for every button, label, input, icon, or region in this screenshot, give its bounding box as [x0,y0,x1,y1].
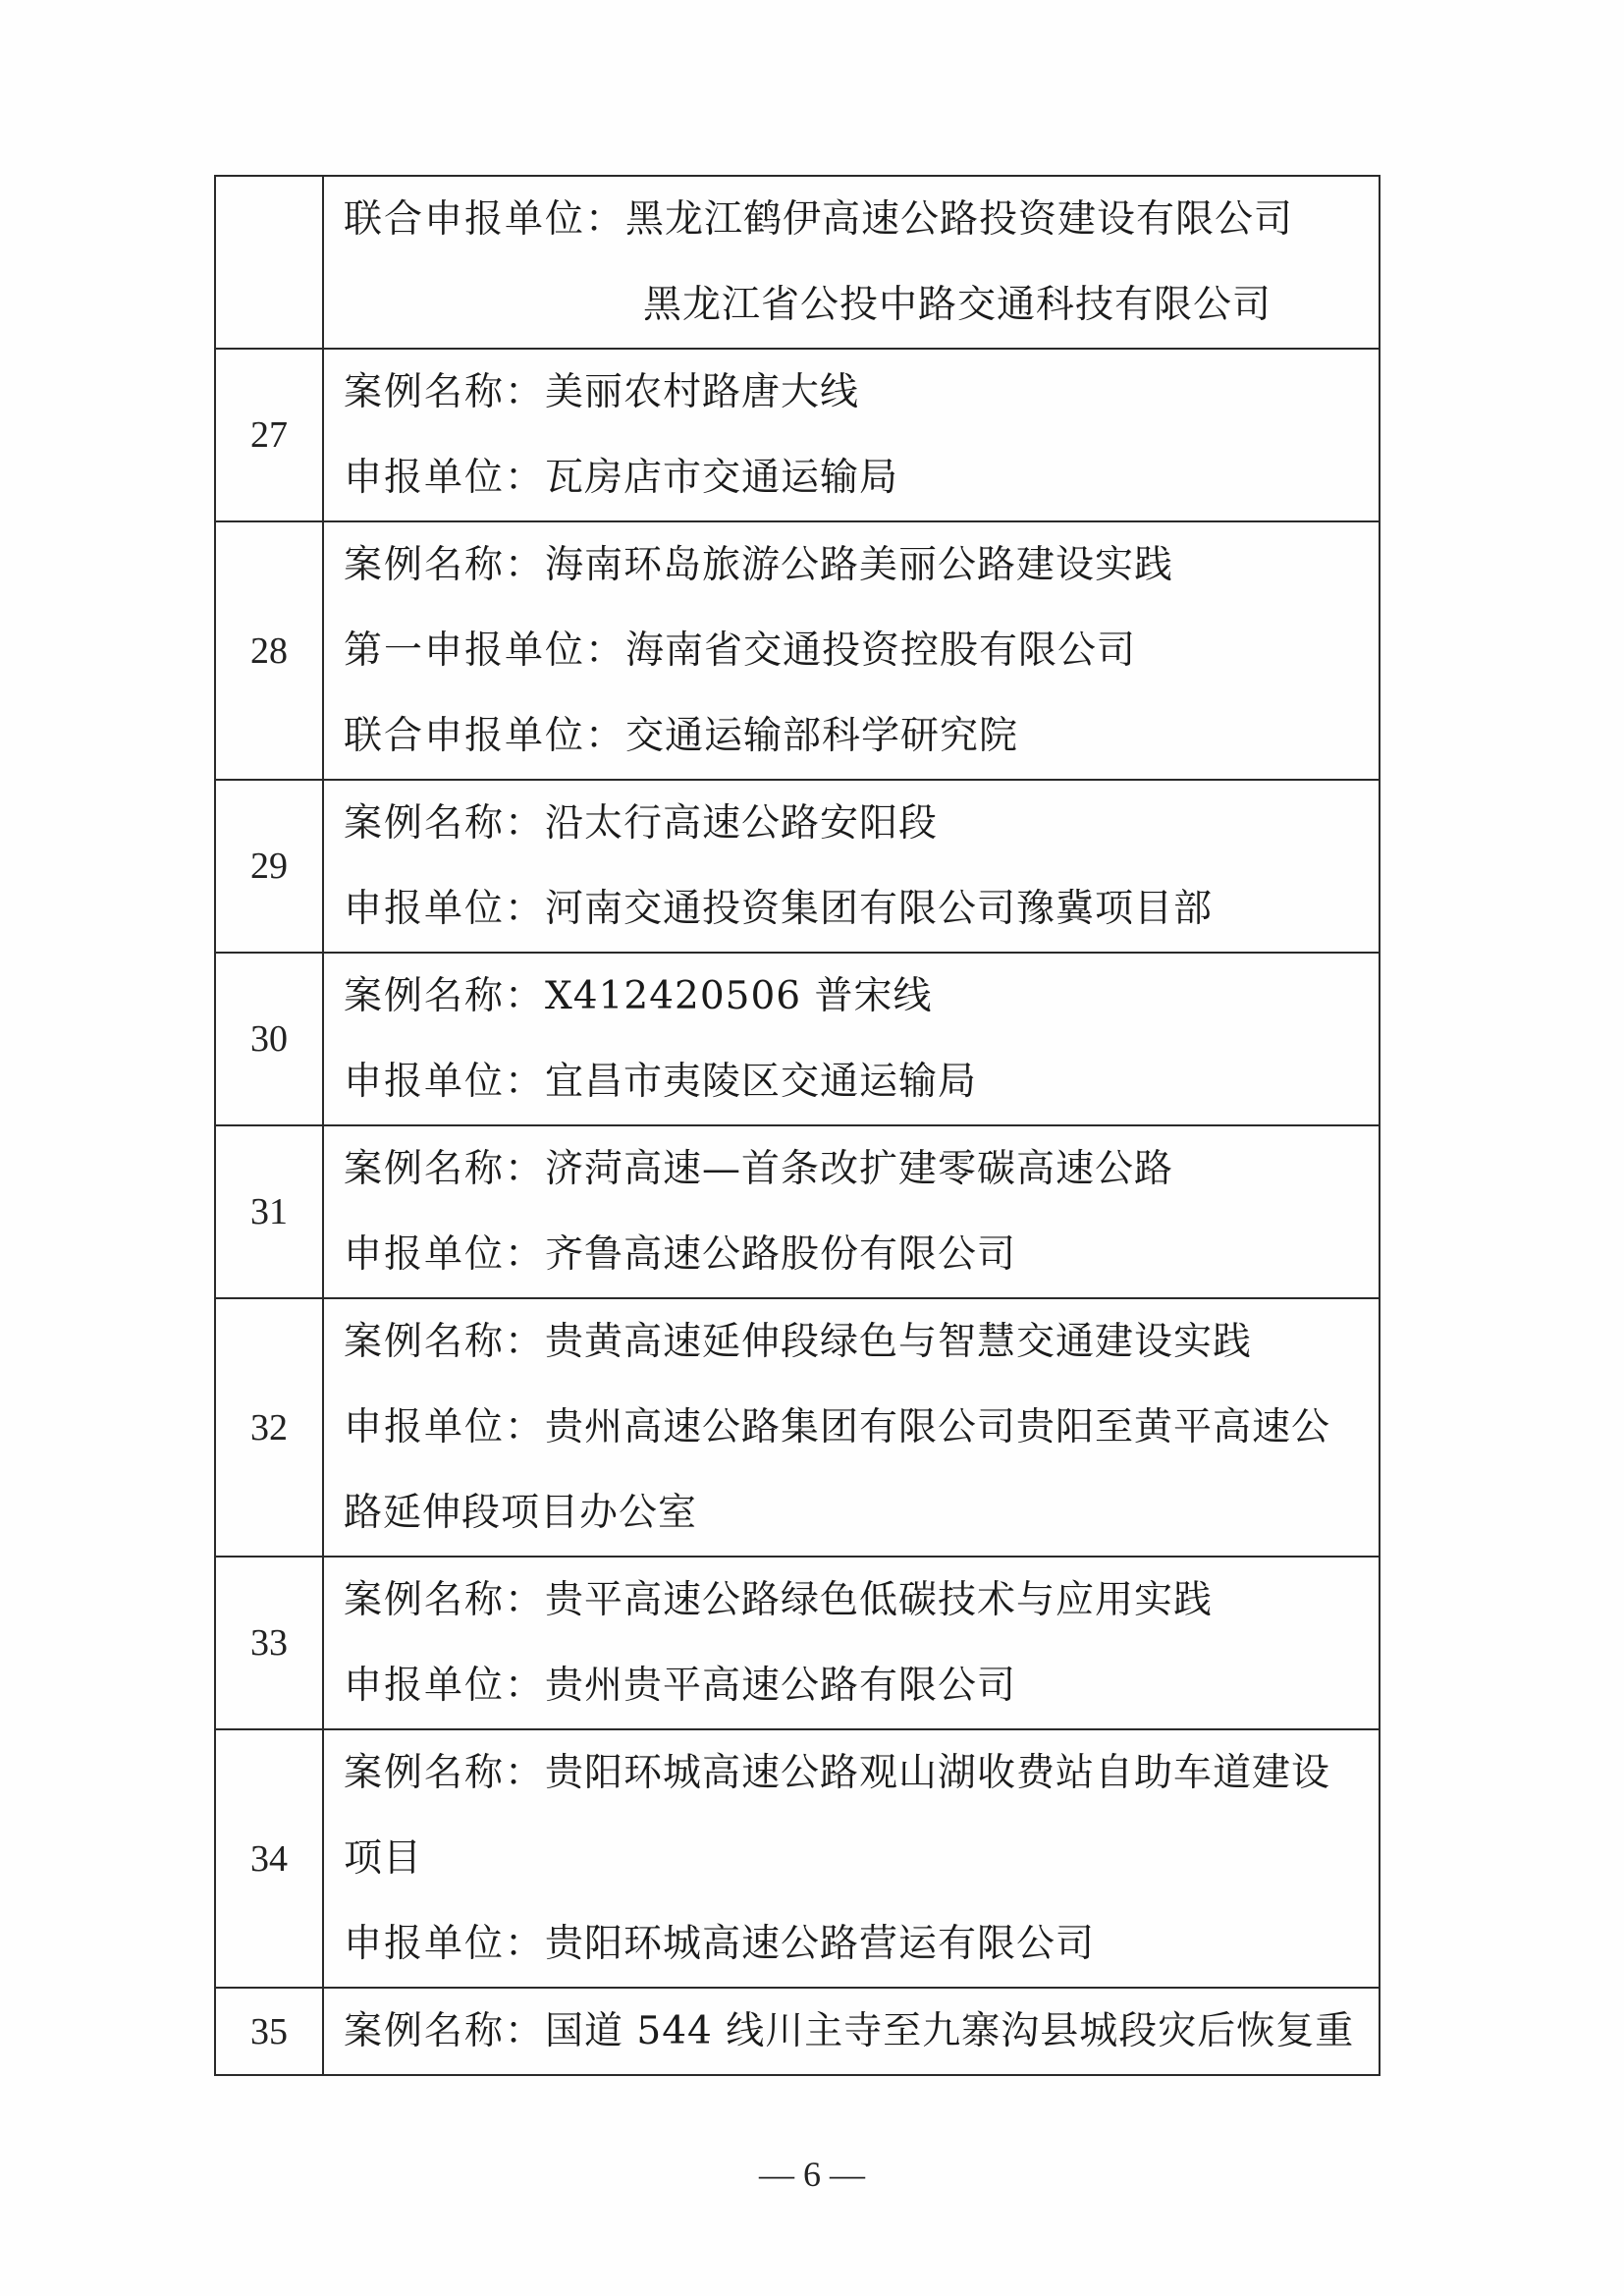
field-value: 贵阳环城高速公路营运有限公司 [545,1922,1095,1966]
case-name-line-continued: 项目 [344,1816,1371,1901]
row-number: 27 [215,349,323,521]
table-row: 33 案例名称：贵平高速公路绿色低碳技术与应用实践 申报单位：贵州贵平高速公路有… [215,1557,1380,1729]
field-label: 联合申报单位： [344,714,625,758]
field-label: 申报单位： [344,887,545,931]
case-details: 案例名称：贵阳环城高速公路观山湖收费站自助车道建设 项目 申报单位：贵阳环城高速… [323,1729,1380,1988]
applicant-line: 申报单位：瓦房店市交通运输局 [344,435,1371,520]
row-number: 30 [215,953,323,1125]
applicant-line: 申报单位：河南交通投资集团有限公司豫冀项目部 [344,866,1371,952]
field-value: 美丽农村路唐大线 [545,370,859,414]
row-number: 34 [215,1729,323,1988]
field-label: 案例名称： [344,543,545,587]
first-applicant-line: 第一申报单位：海南省交通投资控股有限公司 [344,608,1371,693]
applicant-line: 申报单位：贵州贵平高速公路有限公司 [344,1643,1371,1728]
field-value: 海南省交通投资控股有限公司 [625,629,1136,673]
field-value: 济菏高速—首条改扩建零碳高速公路 [545,1147,1173,1191]
row-number: 35 [215,1988,323,2075]
field-value: 河南交通投资集团有限公司豫冀项目部 [545,887,1213,931]
table-row: 32 案例名称：贵黄高速延伸段绿色与智慧交通建设实践 申报单位：贵州高速公路集团… [215,1298,1380,1557]
field-value: 国道 544 线川主寺至九寨沟县城段灾后恢复重 [545,2009,1354,2053]
table-row: 31 案例名称：济菏高速—首条改扩建零碳高速公路 申报单位：齐鲁高速公路股份有限… [215,1125,1380,1298]
field-label: 申报单位： [344,456,545,500]
field-label: 申报单位： [344,1664,545,1708]
case-name-line: 案例名称：贵平高速公路绿色低碳技术与应用实践 [344,1558,1371,1643]
case-name-line: 案例名称：X412420506 普宋线 [344,954,1371,1039]
row-number: 33 [215,1557,323,1729]
field-value: 贵州贵平高速公路有限公司 [545,1664,1016,1708]
table-row: 联合申报单位：黑龙江鹤伊高速公路投资建设有限公司 黑龙江省公投中路交通科技有限公… [215,176,1380,349]
field-label: 案例名称： [344,1147,545,1191]
page-number: — 6 — [0,2154,1624,2195]
case-details: 案例名称：美丽农村路唐大线 申报单位：瓦房店市交通运输局 [323,349,1380,521]
applicant-line-continued: 路延伸段项目办公室 [344,1470,1371,1556]
case-details: 案例名称：贵平高速公路绿色低碳技术与应用实践 申报单位：贵州贵平高速公路有限公司 [323,1557,1380,1729]
field-value: 贵平高速公路绿色低碳技术与应用实践 [545,1578,1213,1622]
field-label: 申报单位： [344,1232,545,1277]
field-value: 黑龙江省公投中路交通科技有限公司 [643,283,1272,327]
field-label: 第一申报单位： [344,629,625,673]
table-row: 29 案例名称：沿太行高速公路安阳段 申报单位：河南交通投资集团有限公司豫冀项目… [215,780,1380,953]
case-details: 案例名称：X412420506 普宋线 申报单位：宜昌市夷陵区交通运输局 [323,953,1380,1125]
field-value: 沿太行高速公路安阳段 [545,801,938,846]
row-number: 29 [215,780,323,953]
field-value: 海南环岛旅游公路美丽公路建设实践 [545,543,1173,587]
field-value: 贵黄高速延伸段绿色与智慧交通建设实践 [545,1320,1252,1364]
row-number: 31 [215,1125,323,1298]
field-label: 申报单位： [344,1060,545,1104]
applicant-line: 申报单位：贵阳环城高速公路营运有限公司 [344,1901,1371,1987]
row-number: 32 [215,1298,323,1557]
field-value: 黑龙江鹤伊高速公路投资建设有限公司 [625,197,1293,242]
table-row: 27 案例名称：美丽农村路唐大线 申报单位：瓦房店市交通运输局 [215,349,1380,521]
field-value: 瓦房店市交通运输局 [545,456,898,500]
case-list-table: 联合申报单位：黑龙江鹤伊高速公路投资建设有限公司 黑龙江省公投中路交通科技有限公… [214,175,1380,2076]
document-page: 联合申报单位：黑龙江鹤伊高速公路投资建设有限公司 黑龙江省公投中路交通科技有限公… [0,0,1624,2296]
row-number: 28 [215,521,323,780]
case-name-line: 案例名称：贵黄高速延伸段绿色与智慧交通建设实践 [344,1299,1371,1385]
field-value: 宜昌市夷陵区交通运输局 [545,1060,977,1104]
case-details: 案例名称：沿太行高速公路安阳段 申报单位：河南交通投资集团有限公司豫冀项目部 [323,780,1380,953]
case-details: 案例名称：海南环岛旅游公路美丽公路建设实践 第一申报单位：海南省交通投资控股有限… [323,521,1380,780]
case-details: 案例名称：贵黄高速延伸段绿色与智慧交通建设实践 申报单位：贵州高速公路集团有限公… [323,1298,1380,1557]
field-label: 申报单位： [344,1922,545,1966]
field-label: 案例名称： [344,2009,545,2053]
field-label: 案例名称： [344,974,545,1018]
case-details: 案例名称：济菏高速—首条改扩建零碳高速公路 申报单位：齐鲁高速公路股份有限公司 [323,1125,1380,1298]
applicant-line: 申报单位：齐鲁高速公路股份有限公司 [344,1212,1371,1297]
case-name-line: 案例名称：贵阳环城高速公路观山湖收费站自助车道建设 [344,1730,1371,1816]
field-value: 贵阳环城高速公路观山湖收费站自助车道建设 [545,1751,1330,1795]
field-value: 路延伸段项目办公室 [344,1491,697,1535]
case-details: 联合申报单位：黑龙江鹤伊高速公路投资建设有限公司 黑龙江省公投中路交通科技有限公… [323,176,1380,349]
case-name-line: 案例名称：国道 544 线川主寺至九寨沟县城段灾后恢复重 [344,1989,1371,2074]
joint-applicant-line-continued: 黑龙江省公投中路交通科技有限公司 [344,262,1371,348]
case-name-line: 案例名称：美丽农村路唐大线 [344,350,1371,435]
field-value: 齐鲁高速公路股份有限公司 [545,1232,1016,1277]
field-value: 贵州高速公路集团有限公司贵阳至黄平高速公 [545,1405,1330,1449]
field-label: 案例名称： [344,1578,545,1622]
case-name-line: 案例名称：海南环岛旅游公路美丽公路建设实践 [344,522,1371,608]
field-label: 案例名称： [344,801,545,846]
field-label: 联合申报单位： [344,197,625,242]
table-row: 30 案例名称：X412420506 普宋线 申报单位：宜昌市夷陵区交通运输局 [215,953,1380,1125]
applicant-line: 申报单位：贵州高速公路集团有限公司贵阳至黄平高速公 [344,1385,1371,1470]
field-value: 交通运输部科学研究院 [625,714,1018,758]
table-row: 35 案例名称：国道 544 线川主寺至九寨沟县城段灾后恢复重 [215,1988,1380,2075]
joint-applicant-line: 联合申报单位：交通运输部科学研究院 [344,693,1371,779]
row-number [215,176,323,349]
field-label: 案例名称： [344,1751,545,1795]
field-value: X412420506 普宋线 [545,974,932,1018]
table-row: 28 案例名称：海南环岛旅游公路美丽公路建设实践 第一申报单位：海南省交通投资控… [215,521,1380,780]
field-label: 案例名称： [344,370,545,414]
field-label: 案例名称： [344,1320,545,1364]
joint-applicant-line: 联合申报单位：黑龙江鹤伊高速公路投资建设有限公司 [344,177,1371,262]
field-value: 项目 [344,1836,422,1881]
case-name-line: 案例名称：沿太行高速公路安阳段 [344,781,1371,866]
field-label: 申报单位： [344,1405,545,1449]
table-row: 34 案例名称：贵阳环城高速公路观山湖收费站自助车道建设 项目 申报单位：贵阳环… [215,1729,1380,1988]
case-name-line: 案例名称：济菏高速—首条改扩建零碳高速公路 [344,1126,1371,1212]
case-details: 案例名称：国道 544 线川主寺至九寨沟县城段灾后恢复重 [323,1988,1380,2075]
applicant-line: 申报单位：宜昌市夷陵区交通运输局 [344,1039,1371,1124]
